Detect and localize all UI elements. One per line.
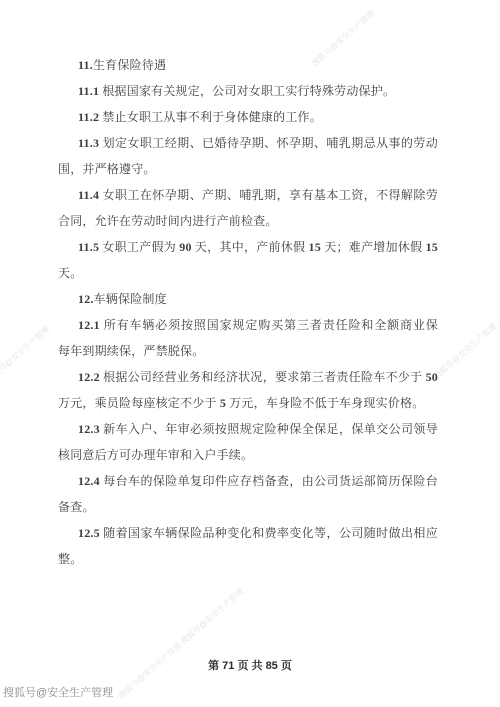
text-line: 整。 [58,546,438,572]
text-line: 11.4 女职工在怀孕期、产期、哺乳期，享有基本工资，不得解除劳动 [58,182,438,208]
text-line: 11.生育保险待遇 [58,52,438,78]
text-line: 12.2 根据公司经营业务和经济状况，要求第三者责任险车不少于 50 [58,364,438,390]
text-line: 12.4 每台车的保险单复印件应存档备查，由公司货运部简历保险台长 [58,468,438,494]
diagonal-watermark: 搜狐号@安全生产管理 搜狐号@安全生产管理 [116,586,246,701]
text-line: 围，并严格遵守。 [58,156,438,182]
text-line: 11.2 禁止女职工从事不利于身体健康的工作。 [58,104,438,130]
text-line: 12.3 新车入户、年审必须按照规定险种保全保足，保单交公司领导审 [58,416,438,442]
diagonal-watermark: 搜狐号@安全生产管理 [0,324,52,385]
text-line: 每年到期续保，严禁脱保。 [58,338,438,364]
text-line: 万元，乘员险每座核定不少于 5 万元，车身险不低于车身现实价格。 [58,390,438,416]
text-line: 合同，允许在劳动时间内进行产前检查。 [58,208,438,234]
text-line: 11.5 女职工产假为 90 天，其中，产前休假 15 天；难产增加休假 15 [58,234,438,260]
text-line: 备查。 [58,494,438,520]
text-line: 12.5 随着国家车辆保险品种变化和费率变化等，公司随时做出相应调 [58,520,438,546]
text-line: 11.1 根据国家有关规定，公司对女职工实行特殊劳动保护。 [58,78,438,104]
watermark-source-label: 搜狐号@安全生产管理 [3,687,113,700]
text-line: 天。 [58,260,438,286]
document-page: 搜狐号@安全生产管理 搜狐号@安全生产管理 搜狐号@安全生产管理 搜狐号@安全生… [0,0,500,707]
document-body: 11.生育保险待遇11.1 根据国家有关规定，公司对女职工实行特殊劳动保护。11… [58,52,438,572]
text-line: 12.车辆保险制度 [58,286,438,312]
page-number: 第 71 页 共 85 页 [0,660,500,672]
text-line: 11.3 划定女职工经期、已婚待孕期、怀孕期、哺乳期忌从事的劳动范 [58,130,438,156]
text-line: 核同意后方可办理年审和入户手续。 [58,442,438,468]
diagonal-watermark: 搜狐号@安全生产管理 [431,321,499,382]
text-line: 12.1 所有车辆必须按照国家规定购买第三者责任险和全额商业保险， [58,312,438,338]
